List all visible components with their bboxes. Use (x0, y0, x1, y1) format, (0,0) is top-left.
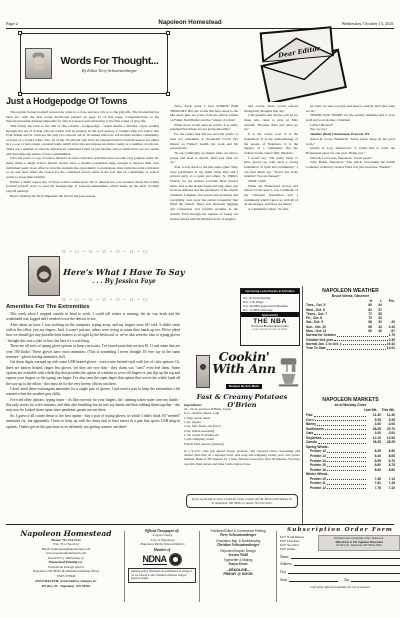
ingredient: French fried onions (optional) (184, 442, 300, 446)
sponsor-note: Call 754-2212 to list an event (241, 328, 299, 331)
masthead-name: Napoleon Homestead (10, 529, 122, 538)
staff-block: Publisher/Editor & Commercial Printing T… (202, 529, 274, 576)
ornament-corner (166, 31, 170, 35)
markets-box: NAPOLEON MARKETS as of Monday Close Last… (306, 397, 395, 490)
paragraph: Anton R. Gross, Bismarck: "Great paper. … (306, 137, 395, 146)
summary-label: Year To Date (306, 346, 326, 350)
this-week-price: 8.80 (381, 468, 395, 473)
recipe-body: Ingredients: 24 - 32 oz. potatoes O'Brie… (184, 403, 300, 466)
weather-observer: Bruce Wentz, Observer (306, 294, 395, 298)
article-headline: Just a Hodgepodge Of Towns (6, 96, 168, 106)
postmaster-address: PO Box 29 - Napoleon, ND 58561 (10, 584, 122, 588)
dot-leader (327, 486, 366, 490)
price-option: $39* Online (280, 547, 318, 551)
paragraph: ter what, we turn to prayer and head to … (306, 104, 395, 113)
dot-leader (327, 459, 366, 463)
banner-border-bottom: □ ~ □ ~ □ ~ □ ~ □ ~ □ ~ □ (22, 297, 188, 302)
dot-leader (327, 481, 366, 485)
field-underline (294, 562, 400, 566)
ann-photo (196, 355, 210, 388)
association-seal-icon (169, 553, 182, 566)
field-label: City (280, 570, 286, 574)
markets-column-headers: Last Wk. This Wk. (306, 408, 395, 412)
dot-leader (325, 427, 366, 431)
dot-leader (323, 436, 366, 440)
dot-leader (317, 422, 366, 426)
staff-name: Terry Schwartzenberger (202, 533, 274, 537)
words-for-thought-box: Words For Thought... By Editor Terry Sch… (20, 33, 168, 94)
postmaster-line: POSTMASTER: Send address changes to: (10, 579, 122, 583)
column-title: Here's What I Have To Say (60, 267, 189, 277)
recipe-directions: In a 9"x13" cake pan spread frozen potat… (184, 449, 300, 467)
paragraph: Terry, Each week I read WORDS FOR THOUGH… (170, 104, 238, 123)
market-row: Protein 12 7.76 7.43 (306, 486, 395, 491)
footer-divider (199, 531, 200, 602)
paragraph: This week when I stepped outside to head… (6, 312, 180, 323)
paragraph: After about an hour, I was working on th… (6, 323, 180, 344)
staff-name: Sonya Gross (202, 562, 274, 566)
last-week-price: 8.65 (367, 468, 381, 473)
this-week-price: 7.43 (381, 486, 395, 491)
field-label: State (280, 578, 287, 582)
dot-leader (334, 338, 387, 341)
paragraph: I am grateful and always will be for tho… (244, 113, 298, 132)
sponsor-name: THE NBA (241, 318, 299, 325)
paragraph: THANK YOU TERRY! for the weekly reminder… (306, 113, 395, 122)
official-newspaper-block: Official Newspaper of: -Logan County-Cit… (128, 529, 196, 583)
cookin-with-ann-banner: Cookin' With Ann Recipes By Ann Mack (196, 351, 300, 392)
obituary-policy: Obituary policy: Obituaries are publishe… (128, 568, 196, 584)
last-week-price: 28.25 (367, 440, 381, 445)
footer-divider (124, 531, 125, 602)
article-headline: Amenities For The Extremities (6, 304, 186, 310)
column-title: Words For Thought... (56, 55, 163, 67)
payment-note-box: Payment must accompany order. Thank you.… (318, 535, 400, 552)
dot-leader (315, 418, 366, 422)
dot-leader (327, 477, 366, 481)
staff-entry: Publisher/Editor & Commercial Printing T… (202, 529, 274, 537)
ornament-corner (18, 31, 22, 35)
letter-column-3: ter what, we turn to prayer and head to … (306, 104, 395, 284)
dot-leader (327, 449, 366, 453)
paragraph: Your words stuck to me like super glue! … (170, 165, 238, 221)
commodity: Protein 12 (310, 486, 326, 491)
staff-name: Jessica Wald (202, 553, 274, 557)
recipe-contact-note: If you would like to share a favorite re… (186, 494, 298, 508)
form-field: Address (280, 562, 400, 566)
staff-entry: Circulation Mgr. & Bookkeeping Christine… (202, 539, 274, 547)
ingredients-list: 24 - 32 oz. potatoes O'Brien, frozen8 oz… (184, 407, 300, 446)
subscription-prices: $47* North Dakota$50* Elsewhere$44* Snow… (280, 535, 318, 552)
subscription-form: Subscription Order Form $47* North Dakot… (280, 527, 400, 589)
last-week-price: 7.76 (367, 486, 381, 491)
letter-column-2: and voices, those words echoed through m… (244, 104, 298, 285)
paragraph: I don't need these extravagant amenities… (6, 387, 180, 398)
paragraph: There are all sorts of typing glove opti… (6, 344, 180, 360)
events-box: Upcoming Local Events & Activities Oct. … (240, 288, 300, 346)
paragraph: Tony Braun, Napoleon: "The article conce… (306, 160, 395, 169)
column-byline: . . . By Jessica Faye (60, 278, 188, 285)
event-item: Dec. 11-NBA Santa Day (243, 308, 297, 312)
article-body: This week when I stepped outside to head… (6, 312, 180, 430)
paragraph: Earlier I didn't repeat any of those sch… (6, 180, 159, 194)
column-byline: By Editor Terry Schwartzenberger (56, 68, 163, 73)
field-underline (351, 578, 400, 582)
staff-name: Christine Schwartzenberger (202, 543, 274, 547)
ndna-logo: NDNA (143, 554, 167, 565)
paragraph: Here's wishing the NGS Imperials the bes… (6, 194, 159, 199)
dot-leader (314, 431, 366, 435)
paragraph: It is the corner post. It is the foundat… (244, 132, 298, 155)
jessica-photo (28, 256, 60, 296)
markets-subtitle: as of Monday Close (306, 403, 395, 407)
paragraph: Over the years co-ops of school district… (6, 156, 159, 179)
this-week-price: 28.25 (381, 440, 395, 445)
paragraph: and voices, those words echoed through m… (244, 104, 298, 113)
col-last-week: Last Wk. (364, 408, 378, 412)
dear-editor-graphic: Dear Editor (248, 24, 352, 102)
dot-leader (327, 463, 366, 467)
deadline-value: FRIDAY @ NOON (202, 572, 274, 576)
dot-leader (318, 440, 366, 444)
page-number: Page 2 (6, 21, 76, 26)
weather-box: NAPOLEON WEATHER Bruce Wentz, Observer H… (306, 288, 395, 351)
column-byline: Recipes By Ann Mack (226, 384, 262, 389)
article-body: The regular 9-man football season has co… (6, 110, 159, 234)
dot-leader (314, 413, 366, 417)
paragraph: When my Homestead arrives and before I e… (244, 184, 298, 207)
events-list: Oct. 20-Lions MeetingNov. 7-4C BingoNov.… (241, 294, 299, 312)
paragraph: When those words open an article, it is … (170, 123, 238, 132)
subscription-title: Subscription Order Form (280, 527, 400, 533)
weather-summary-row: Year To Date 14.91 (306, 346, 395, 350)
heres-what-banner: □ ~ □ ~ □ ~ □ ~ □ ~ □ ~ □ Here's What I … (22, 249, 188, 304)
field-label: Address (280, 562, 292, 566)
paragraph: I've tried other options: typing faster … (6, 398, 180, 414)
paragraph: For the reader that did not read the art… (170, 132, 238, 151)
paragraph: "In our community, no matter what, we tu… (170, 151, 238, 165)
masthead-footer: Napoleon Homestead Phone: 701-754-2212 F… (6, 524, 394, 606)
field-underline (289, 578, 338, 582)
paragraph: So, I guess it all comes down to the bes… (6, 414, 180, 430)
paragraph: I would say, "I'm pretty lucky to have g… (244, 156, 298, 179)
masthead-contact: Napoleon Homestead Phone: 701-754-2212 F… (10, 529, 122, 588)
summary-value: 14.91 (387, 346, 395, 350)
form-field: Name (280, 555, 400, 559)
paragraph: Get those digits warmed up with some USB… (6, 360, 180, 387)
newspaper-page: Page 2 Napoleon Homestead Wednesday, Oct… (0, 0, 400, 618)
editor-photo (25, 48, 52, 79)
official-item: -Napoleon Public School District (128, 542, 196, 547)
footer-divider (276, 531, 277, 602)
field-underline (288, 570, 400, 574)
gift-note: Gift subscriptions available for all occ… (280, 585, 400, 589)
dot-leader (337, 333, 387, 336)
envelope-icon (248, 24, 352, 102)
col-this-week: This Wk. (381, 408, 395, 412)
form-field: City (280, 570, 400, 574)
form-field-state-zip: State Zip (280, 578, 400, 582)
dot-leader (327, 346, 386, 349)
paragraph: A community where, "no mat- (244, 207, 298, 212)
field-label: Zip (344, 578, 349, 582)
column-divider (302, 286, 303, 526)
sponsored-by-label: Sponsored by (241, 312, 299, 317)
dot-leader (343, 342, 386, 345)
payment-line: PO Box 29 - Napoleon, ND 58561-0029 (321, 544, 397, 548)
column-title-line2: With Ann (210, 363, 278, 375)
staff-entry: Reporter/Graphic Design Jessica Wald (202, 549, 274, 557)
field-underline (291, 555, 400, 559)
field-label: Name (280, 555, 289, 559)
masthead-usps: USPS 370940 (10, 574, 122, 578)
paragraph: The regular 9-man football season has co… (6, 110, 159, 124)
member-of-label: Member of (128, 548, 196, 552)
dot-leader (327, 468, 366, 472)
dot-leader (327, 454, 366, 458)
staff-entry: Typesetter & Mailing Sonya Gross (202, 558, 274, 566)
paragraph: Gladys A. Ley, Jamestown: "I would like … (306, 146, 395, 155)
paragraph: This brings me back to the title of this… (6, 124, 159, 156)
mixer-icon (278, 355, 300, 389)
